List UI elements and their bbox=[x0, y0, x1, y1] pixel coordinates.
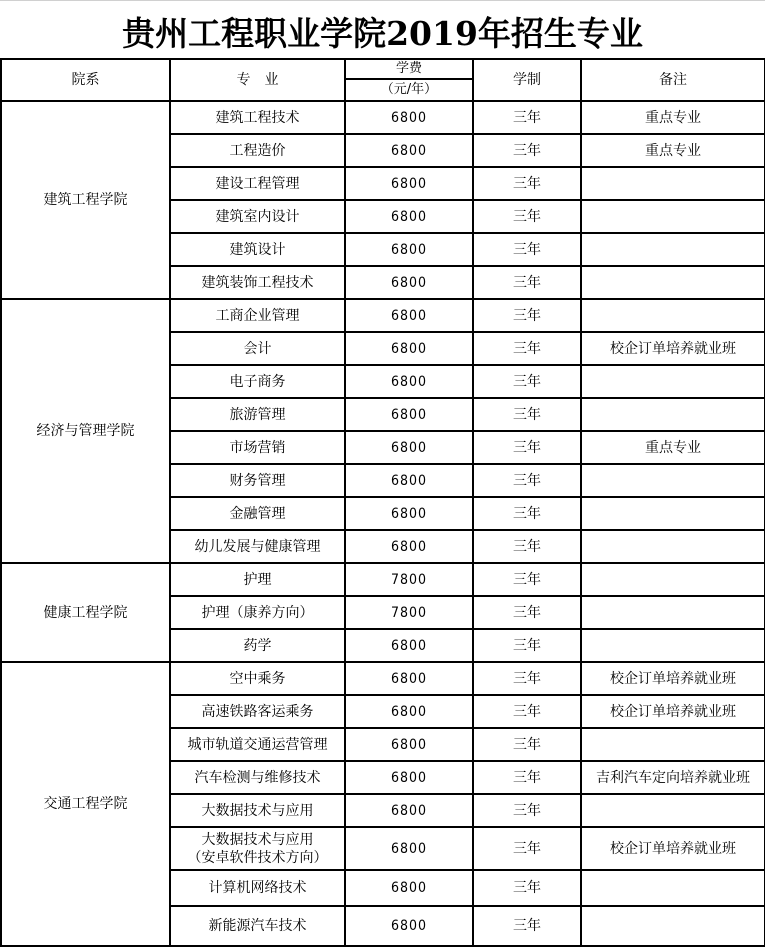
major-cell: 旅游管理 bbox=[170, 398, 345, 431]
remark-cell: 重点专业 bbox=[581, 101, 765, 134]
duration-cell: 三年 bbox=[473, 870, 581, 906]
major-cell: 金融管理 bbox=[170, 497, 345, 530]
remark-cell bbox=[581, 497, 765, 530]
remark-cell bbox=[581, 464, 765, 497]
tuition-cell: 6800 bbox=[345, 827, 473, 870]
remark-cell bbox=[581, 398, 765, 431]
tuition-cell: 6800 bbox=[345, 629, 473, 662]
remark-cell bbox=[581, 906, 765, 946]
duration-cell: 三年 bbox=[473, 332, 581, 365]
remark-cell bbox=[581, 530, 765, 563]
major-cell: 建筑室内设计 bbox=[170, 200, 345, 233]
duration-cell: 三年 bbox=[473, 365, 581, 398]
remark-cell bbox=[581, 365, 765, 398]
header-major: 专 业 bbox=[170, 59, 345, 101]
remark-cell bbox=[581, 266, 765, 299]
duration-cell: 三年 bbox=[473, 101, 581, 134]
header-tuition: 学费 （元/年） bbox=[345, 59, 473, 101]
tuition-cell: 6800 bbox=[345, 299, 473, 332]
major-cell: 药学 bbox=[170, 629, 345, 662]
major-cell: 建筑装饰工程技术 bbox=[170, 266, 345, 299]
duration-cell: 三年 bbox=[473, 167, 581, 200]
major-cell: 空中乘务 bbox=[170, 662, 345, 695]
tuition-cell: 6800 bbox=[345, 200, 473, 233]
tuition-cell: 6800 bbox=[345, 101, 473, 134]
major-cell: 城市轨道交通运营管理 bbox=[170, 728, 345, 761]
remark-cell: 校企订单培养就业班 bbox=[581, 827, 765, 870]
tuition-cell: 6800 bbox=[345, 431, 473, 464]
major-cell: 高速铁路客运乘务 bbox=[170, 695, 345, 728]
tuition-cell: 6800 bbox=[345, 134, 473, 167]
tuition-cell: 6800 bbox=[345, 662, 473, 695]
tuition-cell: 6800 bbox=[345, 398, 473, 431]
tuition-cell: 6800 bbox=[345, 167, 473, 200]
remark-cell bbox=[581, 233, 765, 266]
major-cell: 电子商务 bbox=[170, 365, 345, 398]
duration-cell: 三年 bbox=[473, 794, 581, 827]
table-row: 经济与管理学院工商企业管理6800三年 bbox=[1, 299, 765, 332]
major-cell: 市场营销 bbox=[170, 431, 345, 464]
duration-cell: 三年 bbox=[473, 906, 581, 946]
tuition-cell: 7800 bbox=[345, 563, 473, 596]
remark-cell bbox=[581, 167, 765, 200]
tuition-cell: 6800 bbox=[345, 332, 473, 365]
tuition-cell: 6800 bbox=[345, 761, 473, 794]
duration-cell: 三年 bbox=[473, 563, 581, 596]
tuition-cell: 6800 bbox=[345, 233, 473, 266]
header-remarks: 备注 bbox=[581, 59, 765, 101]
header-tuition-unit: （元/年） bbox=[346, 80, 472, 100]
remark-cell bbox=[581, 563, 765, 596]
department-cell: 经济与管理学院 bbox=[1, 299, 170, 563]
tuition-cell: 6800 bbox=[345, 906, 473, 946]
duration-cell: 三年 bbox=[473, 134, 581, 167]
tuition-cell: 6800 bbox=[345, 530, 473, 563]
tuition-cell: 6800 bbox=[345, 266, 473, 299]
tuition-cell: 6800 bbox=[345, 794, 473, 827]
department-cell: 健康工程学院 bbox=[1, 563, 170, 662]
remark-cell bbox=[581, 870, 765, 906]
tuition-cell: 7800 bbox=[345, 596, 473, 629]
table-body: 建筑工程学院建筑工程技术6800三年重点专业工程造价6800三年重点专业建设工程… bbox=[1, 101, 765, 946]
table-row: 建筑工程学院建筑工程技术6800三年重点专业 bbox=[1, 101, 765, 134]
major-cell: 建筑设计 bbox=[170, 233, 345, 266]
duration-cell: 三年 bbox=[473, 233, 581, 266]
major-cell: 工商企业管理 bbox=[170, 299, 345, 332]
header-department: 院系 bbox=[1, 59, 170, 101]
major-cell: 汽车检测与维修技术 bbox=[170, 761, 345, 794]
remark-cell: 校企订单培养就业班 bbox=[581, 695, 765, 728]
tuition-cell: 6800 bbox=[345, 870, 473, 906]
remark-cell: 校企订单培养就业班 bbox=[581, 662, 765, 695]
remark-cell bbox=[581, 596, 765, 629]
remark-cell bbox=[581, 794, 765, 827]
duration-cell: 三年 bbox=[473, 662, 581, 695]
major-cell: 建筑工程技术 bbox=[170, 101, 345, 134]
tuition-cell: 6800 bbox=[345, 728, 473, 761]
major-cell: 护理（康养方向） bbox=[170, 596, 345, 629]
major-cell: 大数据技术与应用（安卓软件技术方向） bbox=[170, 827, 345, 870]
department-cell: 建筑工程学院 bbox=[1, 101, 170, 299]
remark-cell bbox=[581, 299, 765, 332]
duration-cell: 三年 bbox=[473, 695, 581, 728]
major-direction: （安卓软件技术方向） bbox=[171, 849, 344, 867]
tuition-cell: 6800 bbox=[345, 695, 473, 728]
duration-cell: 三年 bbox=[473, 464, 581, 497]
remark-cell bbox=[581, 728, 765, 761]
duration-cell: 三年 bbox=[473, 299, 581, 332]
major-cell: 计算机网络技术 bbox=[170, 870, 345, 906]
table-row: 交通工程学院空中乘务6800三年校企订单培养就业班 bbox=[1, 662, 765, 695]
major-cell: 财务管理 bbox=[170, 464, 345, 497]
major-cell: 建设工程管理 bbox=[170, 167, 345, 200]
major-name: 大数据技术与应用 bbox=[171, 831, 344, 849]
page-title: 贵州工程职业学院2019年招生专业 bbox=[0, 0, 765, 58]
major-cell: 大数据技术与应用 bbox=[170, 794, 345, 827]
header-duration: 学制 bbox=[473, 59, 581, 101]
major-cell: 幼儿发展与健康管理 bbox=[170, 530, 345, 563]
tuition-cell: 6800 bbox=[345, 365, 473, 398]
remark-cell bbox=[581, 629, 765, 662]
department-cell: 交通工程学院 bbox=[1, 662, 170, 946]
table-row: 健康工程学院护理7800三年 bbox=[1, 563, 765, 596]
header-row: 院系 专 业 学费 （元/年） 学制 备注 bbox=[1, 59, 765, 101]
major-cell: 会计 bbox=[170, 332, 345, 365]
duration-cell: 三年 bbox=[473, 596, 581, 629]
tuition-cell: 6800 bbox=[345, 497, 473, 530]
duration-cell: 三年 bbox=[473, 431, 581, 464]
tuition-cell: 6800 bbox=[345, 464, 473, 497]
major-cell: 新能源汽车技术 bbox=[170, 906, 345, 946]
duration-cell: 三年 bbox=[473, 761, 581, 794]
major-cell: 工程造价 bbox=[170, 134, 345, 167]
duration-cell: 三年 bbox=[473, 398, 581, 431]
duration-cell: 三年 bbox=[473, 497, 581, 530]
duration-cell: 三年 bbox=[473, 827, 581, 870]
duration-cell: 三年 bbox=[473, 266, 581, 299]
remark-cell: 重点专业 bbox=[581, 431, 765, 464]
enrollment-table: 院系 专 业 学费 （元/年） 学制 备注 建筑工程学院建筑工程技术6800三年… bbox=[0, 58, 765, 947]
major-cell: 护理 bbox=[170, 563, 345, 596]
duration-cell: 三年 bbox=[473, 629, 581, 662]
duration-cell: 三年 bbox=[473, 530, 581, 563]
header-tuition-label: 学费 bbox=[346, 60, 472, 80]
duration-cell: 三年 bbox=[473, 200, 581, 233]
remark-cell: 校企订单培养就业班 bbox=[581, 332, 765, 365]
remark-cell: 吉利汽车定向培养就业班 bbox=[581, 761, 765, 794]
remark-cell: 重点专业 bbox=[581, 134, 765, 167]
duration-cell: 三年 bbox=[473, 728, 581, 761]
remark-cell bbox=[581, 200, 765, 233]
